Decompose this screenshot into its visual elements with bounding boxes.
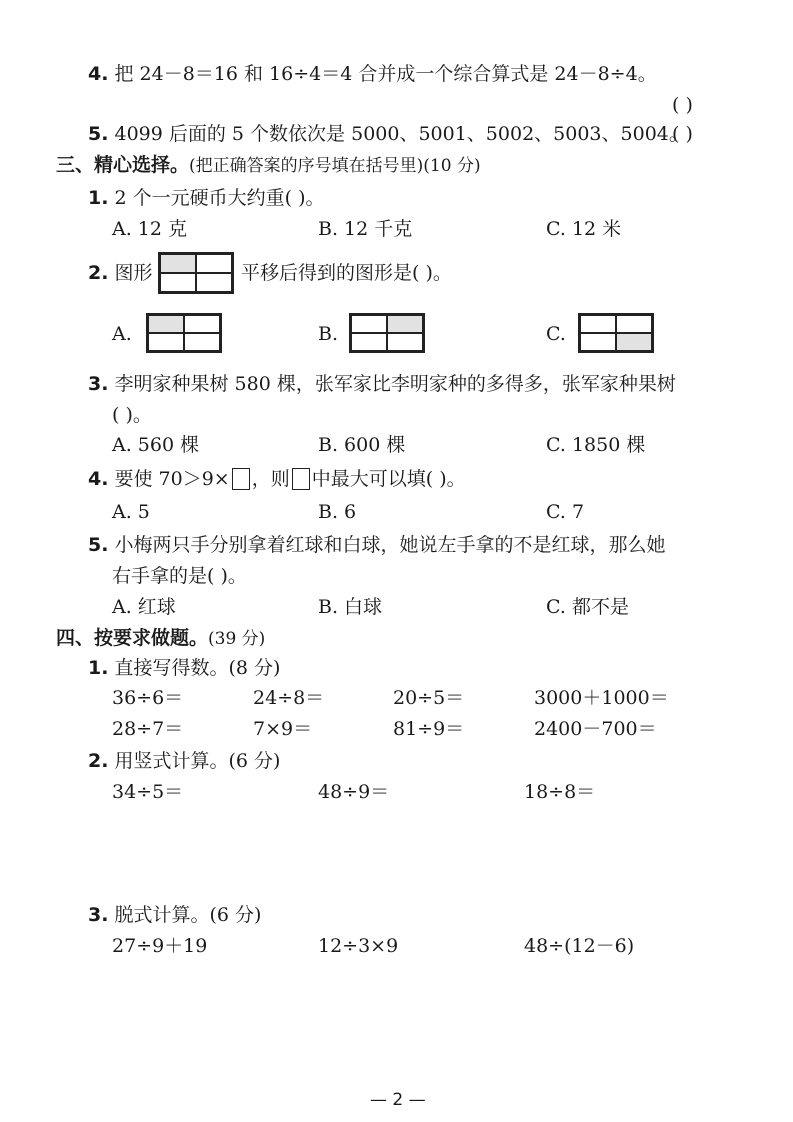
vertical-calc-item: 34÷5＝ <box>112 780 183 804</box>
shaded-cell <box>148 315 184 333</box>
choice-question-3: 3. 李明家种果树 580 棵，张军家比李明家种的多得多，张军家种果树 <box>88 372 676 396</box>
vertical-calc-item: 18÷8＝ <box>524 780 595 804</box>
step-calc-item: 48÷(12－6) <box>524 934 634 958</box>
grid-cell <box>351 315 387 333</box>
section-note: (把正确答案的序号填在括号里)(10 分) <box>189 156 481 176</box>
oral-calc-item: 20÷5＝ <box>393 686 464 710</box>
option-c[interactable]: C. 12 米 <box>546 217 621 241</box>
choice-question-5: 5. 小梅两只手分别拿着红球和白球，她说左手拿的不是红球，那么她 <box>88 533 666 557</box>
judge-question-5: 5. 4099 后面的 5 个数依次是 5000、5001、5002、5003、… <box>88 122 688 146</box>
blank-box <box>292 468 310 490</box>
part-number: 3. <box>88 904 108 926</box>
question-text-before: 图形 <box>115 262 153 284</box>
question-text-part1: 要使 70＞9× <box>115 468 230 490</box>
question-number: 5. <box>88 123 108 145</box>
grid-cell <box>184 315 220 333</box>
choice-question-4: 4. 要使 70＞9×，则中最大可以填( )。 <box>88 467 466 491</box>
option-c-label[interactable]: C. <box>546 322 566 346</box>
answer-blank[interactable]: ( ) <box>672 93 693 117</box>
option-b[interactable]: B. 白球 <box>318 595 382 619</box>
grid-cell <box>148 333 184 351</box>
oral-calc-item: 3000＋1000＝ <box>534 686 669 710</box>
question-text: 4099 后面的 5 个数依次是 5000、5001、5002、5003、500… <box>115 123 688 145</box>
section-4-heading: 四、按要求做题。(39 分) <box>56 626 265 651</box>
section-title: 四、按要求做题。 <box>56 627 208 649</box>
part-title: 脱式计算。 <box>115 904 210 926</box>
part-score: (8 分) <box>229 657 281 679</box>
option-b[interactable]: B. 12 千克 <box>318 217 412 241</box>
part-2-heading: 2. 用竖式计算。(6 分) <box>88 749 280 773</box>
question-number: 5. <box>88 534 108 556</box>
judge-question-4: 4. 把 24－8＝16 和 16÷4＝4 合并成一个综合算式是 24－8÷4。 <box>88 62 657 86</box>
oral-calc-item: 81÷9＝ <box>393 717 464 741</box>
question-number: 2. <box>88 262 108 284</box>
choice-question-2-label: 2. 图形 <box>88 261 153 285</box>
oral-calc-item: 36÷6＝ <box>112 686 183 710</box>
question-text: 李明家种果树 580 棵，张军家比李明家种的多得多，张军家种果树 <box>115 373 676 395</box>
question-text: 2 个一元硬币大约重( )。 <box>115 187 325 209</box>
choice-question-2-text: 平移后得到的图形是( )。 <box>241 261 452 285</box>
oral-calc-item: 7×9＝ <box>253 717 312 741</box>
section-title: 三、精心选择。 <box>56 154 189 176</box>
blank-box <box>232 468 250 490</box>
grid-cell <box>160 273 196 292</box>
oral-calc-item: 28÷7＝ <box>112 717 183 741</box>
choice-question-1: 1. 2 个一元硬币大约重( )。 <box>88 186 325 210</box>
part-number: 1. <box>88 657 108 679</box>
oral-calc-item: 2400－700＝ <box>534 717 657 741</box>
part-3-heading: 3. 脱式计算。(6 分) <box>88 903 261 927</box>
answer-blank[interactable]: ( ) <box>672 122 693 146</box>
part-score: (6 分) <box>210 904 262 926</box>
grid-cell <box>387 333 423 351</box>
grid-cell <box>184 333 220 351</box>
question-3-line2[interactable]: ( )。 <box>112 403 152 427</box>
shaded-cell <box>387 315 423 333</box>
question-text-part2: ，则 <box>252 468 290 490</box>
question-5-line2[interactable]: 右手拿的是( )。 <box>112 564 247 588</box>
shaded-cell <box>160 254 196 273</box>
part-score: (6 分) <box>229 750 281 772</box>
question-number: 4. <box>88 468 108 490</box>
grid-cell <box>616 315 652 333</box>
part-1-heading: 1. 直接写得数。(8 分) <box>88 656 280 680</box>
question-text: 把 24－8＝16 和 16÷4＝4 合并成一个综合算式是 24－8÷4。 <box>115 63 657 85</box>
section-3-heading: 三、精心选择。(把正确答案的序号填在括号里)(10 分) <box>56 153 481 178</box>
option-c[interactable]: C. 7 <box>546 500 584 524</box>
option-c-figure[interactable] <box>578 313 654 353</box>
oral-calc-item: 24÷8＝ <box>253 686 324 710</box>
grid-cell <box>580 333 616 351</box>
option-a[interactable]: A. 红球 <box>112 595 176 619</box>
vertical-calc-item: 48÷9＝ <box>318 780 389 804</box>
shaded-cell <box>616 333 652 351</box>
option-b-figure[interactable] <box>349 313 425 353</box>
option-b[interactable]: B. 6 <box>318 500 356 524</box>
part-title: 直接写得数。 <box>115 657 229 679</box>
step-calc-item: 12÷3×9 <box>318 934 398 958</box>
question-number: 4. <box>88 63 108 85</box>
option-a-figure[interactable] <box>146 313 222 353</box>
question-number: 3. <box>88 373 108 395</box>
question-text-part3: 中最大可以填( )。 <box>312 468 466 490</box>
part-number: 2. <box>88 750 108 772</box>
question-number: 1. <box>88 187 108 209</box>
grid-cell <box>196 273 232 292</box>
question-text: 小梅两只手分别拿着红球和白球，她说左手拿的不是红球，那么她 <box>115 534 666 556</box>
grid-cell <box>196 254 232 273</box>
option-a-label[interactable]: A. <box>112 322 132 346</box>
section-note: (39 分) <box>208 629 265 649</box>
option-c[interactable]: C. 都不是 <box>546 595 629 619</box>
option-c[interactable]: C. 1850 棵 <box>546 433 645 457</box>
option-b-label[interactable]: B. <box>318 322 338 346</box>
grid-cell <box>580 315 616 333</box>
option-a[interactable]: A. 560 棵 <box>112 433 199 457</box>
page-number: — 2 — <box>370 1090 426 1110</box>
step-calc-item: 27÷9＋19 <box>112 934 207 958</box>
grid-cell <box>351 333 387 351</box>
option-a[interactable]: A. 12 克 <box>112 217 187 241</box>
option-b[interactable]: B. 600 棵 <box>318 433 405 457</box>
option-a[interactable]: A. 5 <box>112 500 150 524</box>
part-title: 用竖式计算。 <box>115 750 229 772</box>
source-shape-figure <box>158 252 234 294</box>
